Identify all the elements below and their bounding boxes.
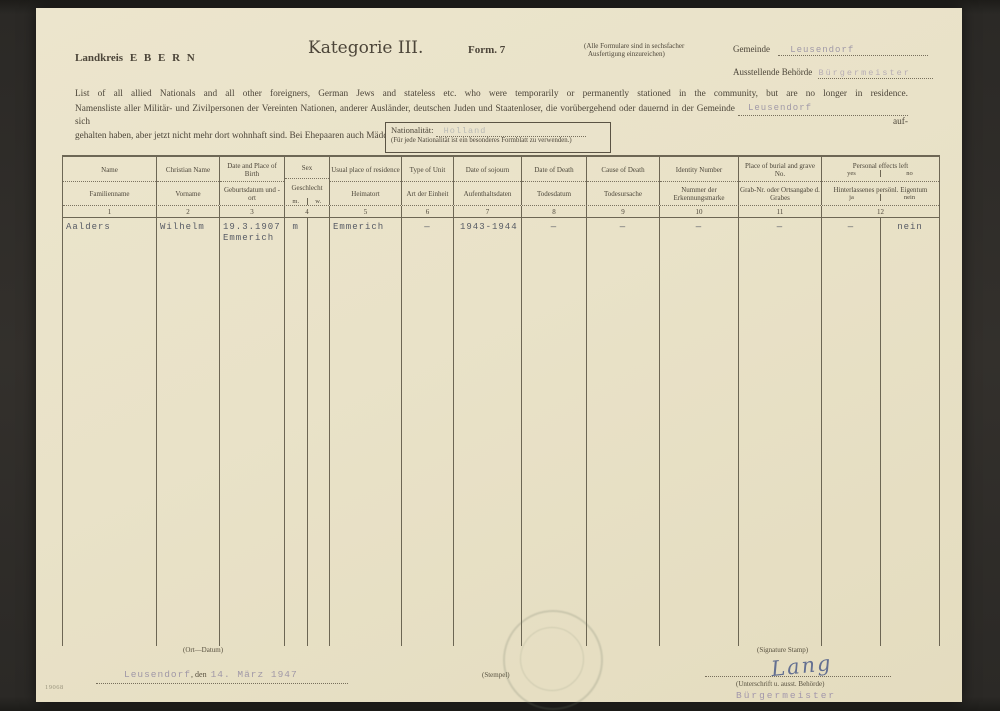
copies-note-line1: (Alle Formulare sind in sechsfacher bbox=[584, 42, 734, 50]
copies-note-line2: Ausfertigung einzureichen) bbox=[584, 50, 734, 58]
round-ink-stamp bbox=[503, 610, 603, 710]
intro-german-before: Namensliste aller Militär- und Zivilpers… bbox=[75, 104, 735, 114]
colnum-8: 8 bbox=[521, 206, 586, 217]
landkreis-label: Landkreis E B E R N bbox=[75, 52, 197, 64]
cell-sex: m bbox=[284, 218, 329, 262]
form-number: Form. 7 bbox=[468, 44, 505, 56]
cell-sojourn: 1943-1944 bbox=[453, 218, 521, 262]
header-cell-sex: Sex Geschlecht m. w. bbox=[284, 157, 329, 205]
gemeinde-value: Leusendorf bbox=[778, 45, 854, 55]
colnum-7: 7 bbox=[453, 206, 521, 217]
header-cell-birth: Date and Place of Birth Geburtsdatum und… bbox=[219, 157, 284, 205]
cell-residence: Emmerich bbox=[329, 218, 401, 262]
header-cell-identity: Identity Number Nummer der Erkennungsmar… bbox=[659, 157, 738, 205]
cell-birth: 19.3.1907 Emmerich bbox=[219, 218, 284, 262]
print-code: 19068 bbox=[45, 684, 64, 691]
header-cell-name: Name Familienname bbox=[63, 157, 156, 205]
cell-unit: — bbox=[401, 218, 453, 262]
place-date-label: (Ort—Datum) bbox=[183, 646, 223, 654]
empty-sex-split bbox=[284, 262, 329, 646]
nationality-label: Nationalität: bbox=[391, 125, 434, 135]
cell-vorname: Wilhelm bbox=[156, 218, 219, 262]
empty-effects-split bbox=[821, 262, 939, 646]
colnum-3: 3 bbox=[219, 206, 284, 217]
date-value: 14. März 1947 bbox=[211, 669, 298, 680]
column-number-row: 1 2 3 4 5 6 7 8 9 10 11 12 bbox=[63, 205, 939, 217]
signature-caption: (Unterschrift u. ausst. Behörde) bbox=[736, 680, 824, 688]
cell-identity: — bbox=[659, 218, 738, 262]
cell-effects-nein: nein bbox=[880, 218, 939, 262]
nationality-note: (Für jede Nationalität ist ein besondere… bbox=[391, 137, 605, 144]
colnum-6: 6 bbox=[401, 206, 453, 217]
intro-english: List of all allied Nationals and all oth… bbox=[75, 88, 908, 102]
roster-table: Name Familienname Christian Name Vorname… bbox=[62, 155, 940, 646]
authority-label: Ausstellende Behörde bbox=[733, 67, 812, 77]
sex-sub-w: w. bbox=[307, 198, 330, 205]
effects-yes: yes bbox=[823, 170, 880, 177]
gemeinde-row: Gemeinde Leusendorf bbox=[733, 44, 928, 56]
landkreis-word: Landkreis bbox=[75, 52, 123, 64]
form-paper: Landkreis E B E R N Kategorie III. Form.… bbox=[36, 8, 962, 702]
colnum-9: 9 bbox=[586, 206, 659, 217]
header-cell-effects: Personal effects left yes no Hinterlasse… bbox=[821, 157, 939, 205]
cell-burial: — bbox=[738, 218, 821, 262]
header-cell-death-date: Date of Death Todesdatum bbox=[521, 157, 586, 205]
colnum-10: 10 bbox=[659, 206, 738, 217]
colnum-11: 11 bbox=[738, 206, 821, 217]
header-cell-burial: Place of burial and grave No. Grab-Nr. o… bbox=[738, 157, 821, 205]
effects-no: no bbox=[880, 170, 938, 177]
copies-note: (Alle Formulare sind in sechsfacher Ausf… bbox=[584, 42, 734, 58]
cell-sex-m: m bbox=[285, 218, 307, 262]
place-value: Leusendorf bbox=[96, 669, 191, 680]
cell-birth-date: 19.3.1907 bbox=[223, 222, 284, 233]
cell-death-date: — bbox=[521, 218, 586, 262]
table-row: Aalders Wilhelm 19.3.1907 Emmerich m Emm… bbox=[63, 217, 939, 262]
cell-effects-ja: — bbox=[822, 218, 880, 262]
colnum-1: 1 bbox=[63, 206, 156, 217]
kategorie-title: Kategorie III. bbox=[308, 38, 423, 58]
sex-de-label: Geschlecht bbox=[291, 184, 322, 192]
cell-death-cause: — bbox=[586, 218, 659, 262]
mayor-stamp: Bürgermeister bbox=[736, 690, 836, 701]
colnum-2: 2 bbox=[156, 206, 219, 217]
nationality-box: Nationalität: Holland (Für jede National… bbox=[385, 122, 611, 153]
header-cell-residence: Usual place of residence Heimatort bbox=[329, 157, 401, 205]
sex-sub-m: m. bbox=[285, 198, 307, 205]
header-cell-sojourn: Date of sojourn Aufenthaltsdaten bbox=[453, 157, 521, 205]
landkreis-name: E B E R N bbox=[130, 52, 197, 64]
signature-line bbox=[705, 658, 891, 677]
den-label: , den bbox=[191, 670, 207, 679]
nationality-value: Holland bbox=[436, 126, 487, 136]
effects-ja: ja bbox=[823, 194, 880, 201]
table-header-row: Name Familienname Christian Name Vorname… bbox=[63, 157, 939, 205]
intro-gemeinde-value: Leusendorf bbox=[738, 103, 812, 113]
colnum-12: 12 bbox=[821, 206, 939, 217]
table-empty-body bbox=[63, 262, 939, 646]
effects-en-label: Personal effects left bbox=[853, 162, 908, 170]
cell-effects: — nein bbox=[821, 218, 939, 262]
sex-subcolumns: m. w. bbox=[285, 198, 329, 205]
cell-sex-w bbox=[307, 218, 330, 262]
round-ink-stamp-inner bbox=[520, 627, 584, 691]
colnum-4: 4 bbox=[284, 206, 329, 217]
effects-de-sub: ja nein bbox=[823, 194, 938, 201]
cell-name: Aalders bbox=[63, 218, 156, 262]
effects-en-sub: yes no bbox=[823, 170, 938, 177]
colnum-5: 5 bbox=[329, 206, 401, 217]
effects-de-label: Hinterlassenes persönl. Eigentum bbox=[834, 186, 928, 194]
authority-stamp: Bürgermeister bbox=[818, 68, 910, 78]
header-cell-christian-name: Christian Name Vorname bbox=[156, 157, 219, 205]
gemeinde-label: Gemeinde bbox=[733, 44, 770, 54]
effects-nein: nein bbox=[880, 194, 938, 201]
scanned-document-stage: Landkreis E B E R N Kategorie III. Form.… bbox=[0, 0, 1000, 711]
authority-row: Ausstellende Behörde Bürgermeister bbox=[733, 67, 933, 79]
signature-stamp-label: (Signature Stamp) bbox=[757, 646, 808, 654]
header-cell-unit: Type of Unit Art der Einheit bbox=[401, 157, 453, 205]
place-date-line: Leusendorf, den 14. März 1947 bbox=[96, 664, 348, 684]
header-cell-death-cause: Cause of Death Todesursache bbox=[586, 157, 659, 205]
cell-birth-place: Emmerich bbox=[223, 233, 284, 244]
